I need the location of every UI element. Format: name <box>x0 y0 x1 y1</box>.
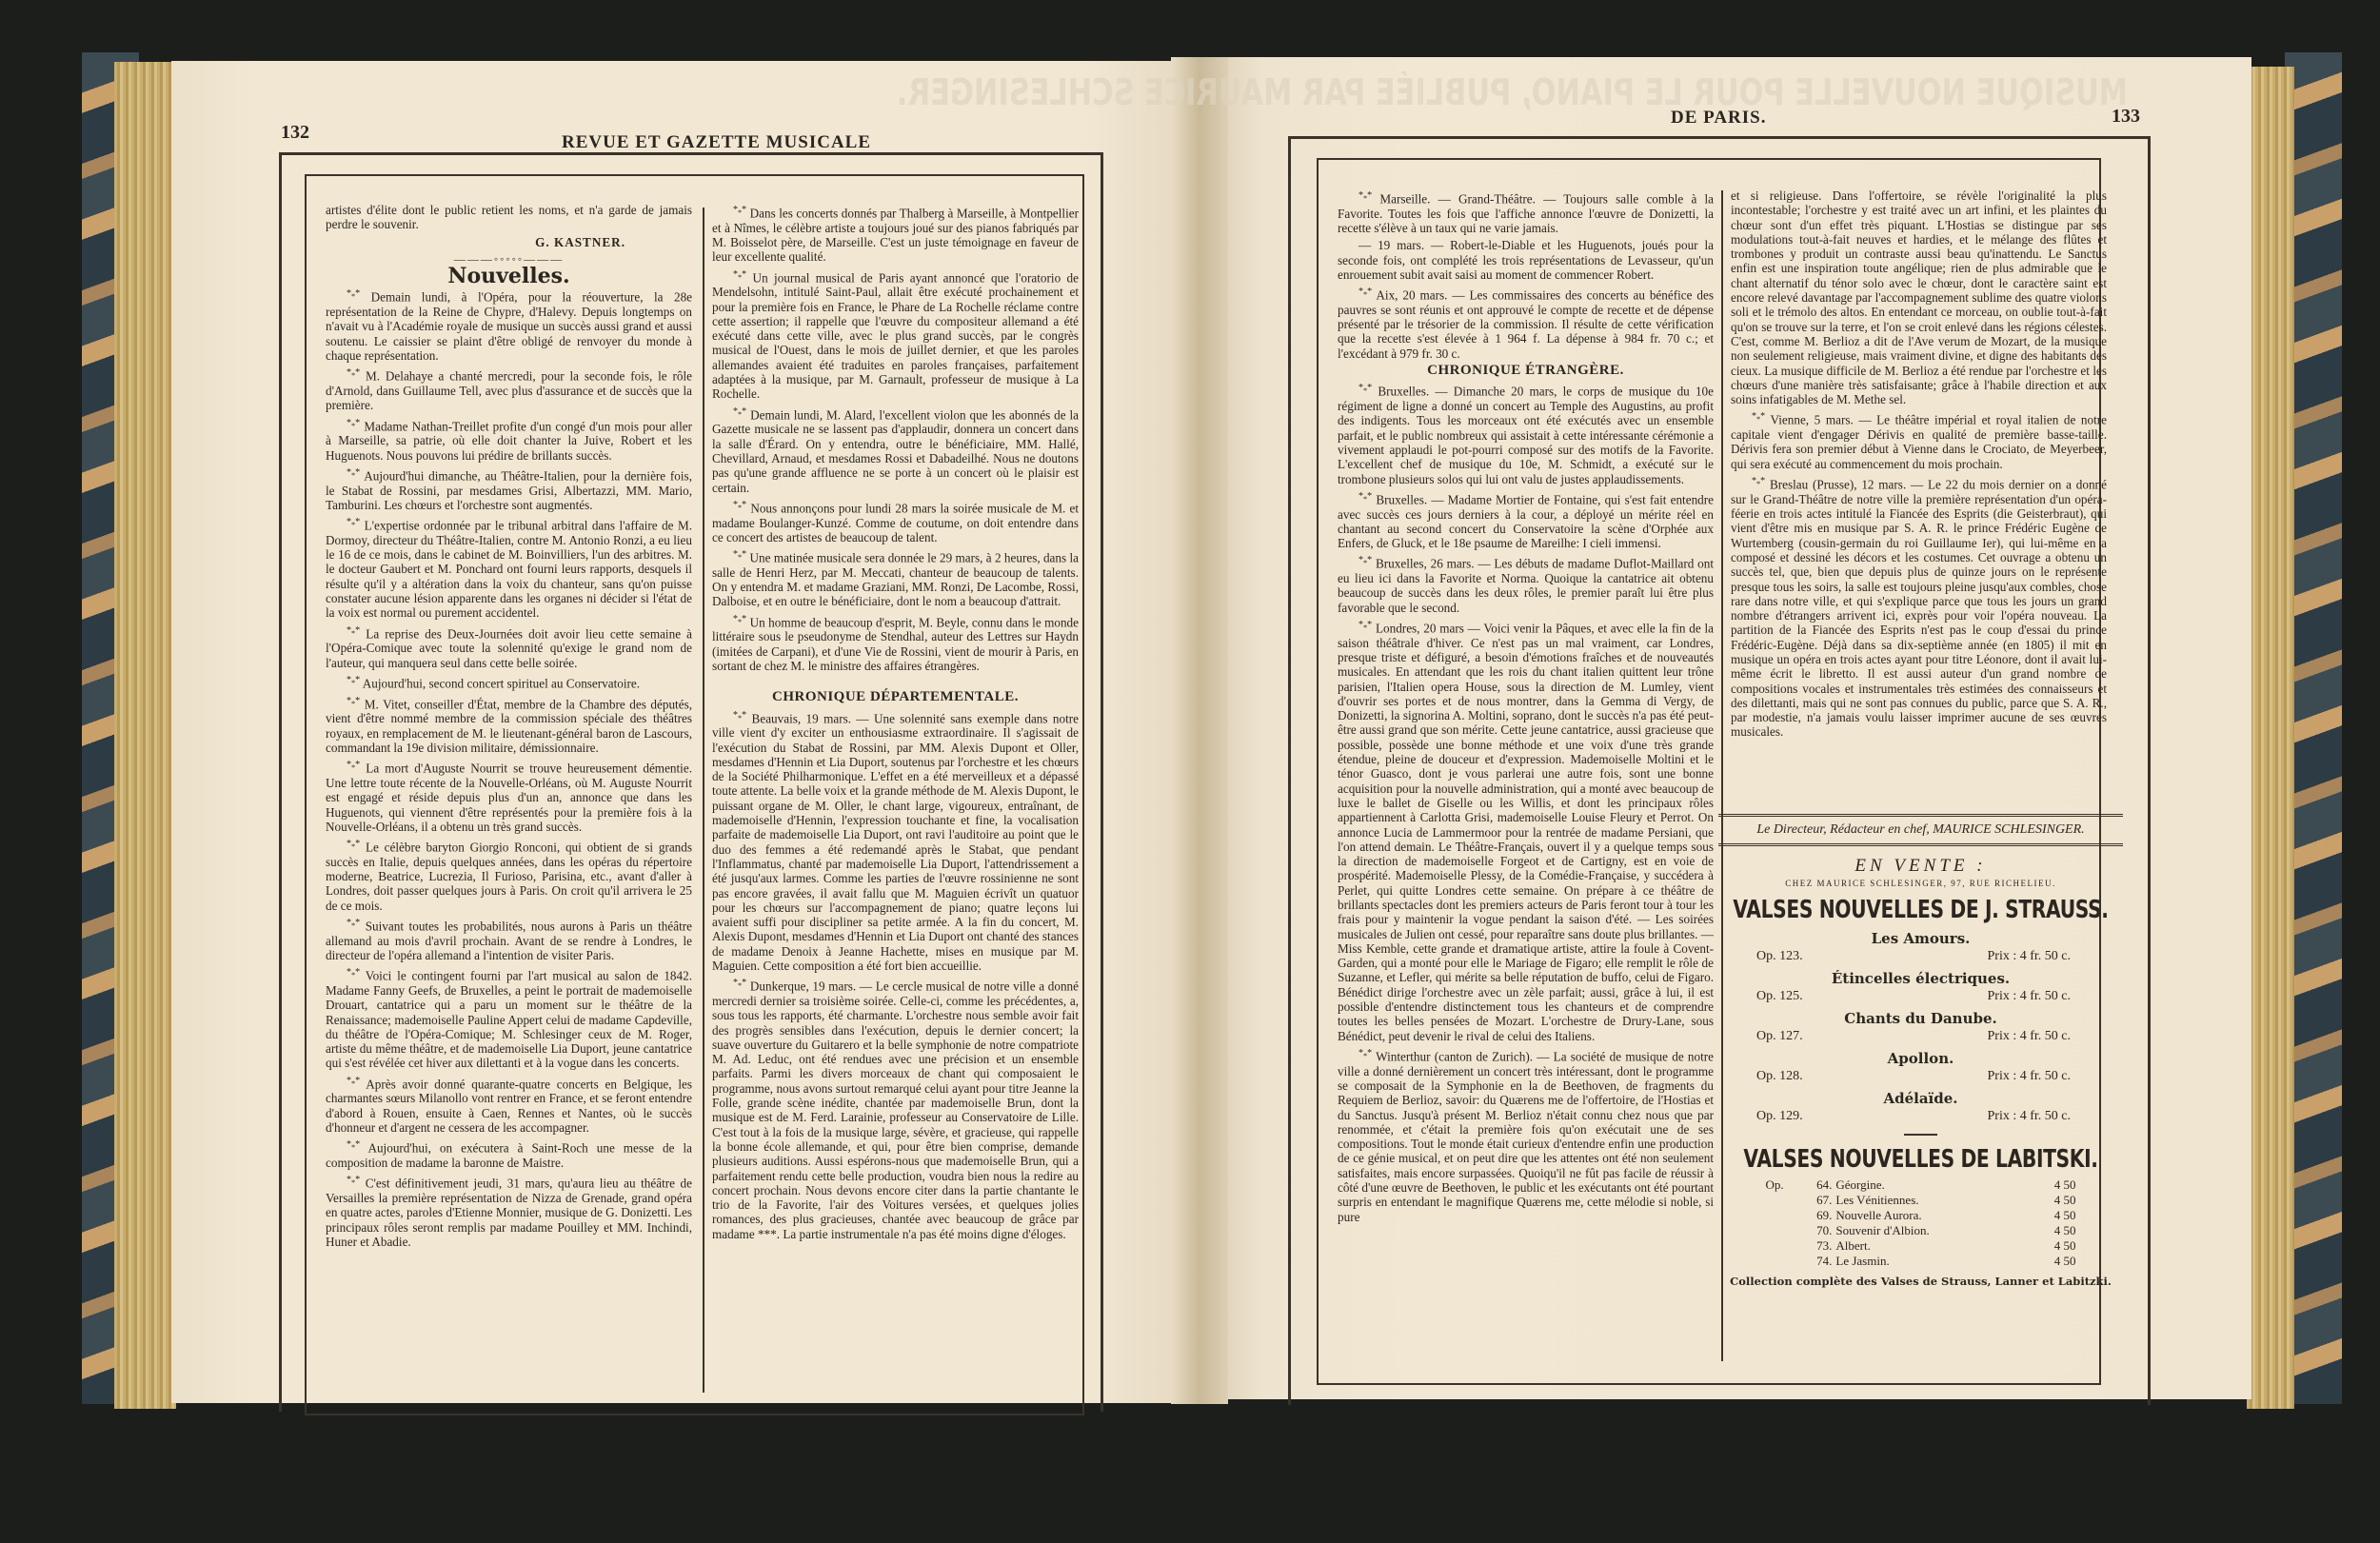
right-column-2: et si religieuse. Dans l'offertoire, se … <box>1731 188 2107 742</box>
news-item: *** Vienne, 5 mars. — Le théâtre impéria… <box>1731 409 2107 471</box>
work-row: Op. 128.Prix : 4 fr. 50 c. <box>1718 1069 2123 1084</box>
news-item: *** Voici le contingent fourni par l'art… <box>326 965 692 1070</box>
collection-note: Collection complète des Valses de Straus… <box>1718 1275 2123 1289</box>
page-edges-right <box>2247 67 2294 1409</box>
strauss-title: VALSES NOUVELLES DE J. STRAUSS. <box>1718 896 2123 924</box>
book-gutter <box>1171 57 1228 1404</box>
news-item: *** Bruxelles. — Dimanche 20 mars, le co… <box>1338 381 1714 485</box>
running-head-right: DE PARIS. <box>1671 108 1767 129</box>
news-item: *** Après avoir donné quarante-quatre co… <box>326 1074 692 1136</box>
news-item: *** Demain lundi, M. Alard, l'excellent … <box>712 405 1079 495</box>
work-title: Les Amours. <box>1718 930 2123 947</box>
news-item: *** Bruxelles, 26 mars. — Les débuts de … <box>1338 553 1714 615</box>
news-item: *** Dans les concerts donnés par Thalber… <box>712 203 1079 265</box>
news-item: *** Dunkerque, 19 mars. — Le cercle musi… <box>712 976 1079 1241</box>
page-number-right: 133 <box>2112 106 2140 128</box>
list-item: 69.Nouvelle Aurora.4 50 <box>1764 1208 2078 1223</box>
news-item: *** Aujourd'hui, second concert spiritue… <box>326 673 692 691</box>
news-item: *** Aujourd'hui, on exécutera à Saint-Ro… <box>326 1137 692 1170</box>
news-item: *** Madame Nathan-Treillet profite d'un … <box>326 416 692 463</box>
running-head-left: REVUE ET GAZETTE MUSICALE <box>562 132 871 153</box>
column-rule-left <box>703 208 704 1393</box>
work-row: Op. 125.Prix : 4 fr. 50 c. <box>1718 989 2123 1004</box>
director-line: Le Directeur, Rédacteur en chef, MAURICE… <box>1718 814 2123 846</box>
news-item: *** Breslau (Prusse), 12 mars. — Le 22 d… <box>1731 474 2107 740</box>
en-vente-heading: EN VENTE : <box>1718 856 2123 877</box>
list-item: Op.64.Géorgine.4 50 <box>1764 1177 2078 1193</box>
news-item: *** L'expertise ordonnée par le tribunal… <box>326 515 692 620</box>
list-item: 67.Les Vénitiennes.4 50 <box>1764 1193 2078 1208</box>
work-row: Op. 123.Prix : 4 fr. 50 c. <box>1718 949 2123 964</box>
news-item: *** La reprise des Deux-Journées doit av… <box>326 623 692 670</box>
news-item: *** Aujourd'hui dimanche, au Théâtre-Ita… <box>326 465 692 512</box>
news-item: *** Bruxelles. — Madame Mortier de Fonta… <box>1338 489 1714 551</box>
news-item: *** Le célèbre baryton Giorgio Ronconi, … <box>326 837 692 913</box>
publisher-address: CHEZ MAURICE SCHLESINGER, 97, RUE RICHEL… <box>1718 879 2123 888</box>
signature: G. KASTNER. <box>326 235 692 249</box>
news-item: *** Londres, 20 mars — Voici venir la Pâ… <box>1338 618 1714 1043</box>
news-item: *** Beauvais, 19 mars. — Une solennité s… <box>712 708 1079 974</box>
left-column-1: artistes d'élite dont le public retient … <box>326 203 692 1252</box>
news-item: *** Marseille. — Grand-Théâtre. — Toujou… <box>1338 188 1714 235</box>
news-item: *** La mort d'Auguste Nourrit se trouve … <box>326 758 692 834</box>
news-item: *** M. Vitet, conseiller d'État, membre … <box>326 694 692 756</box>
news-item: *** Un homme de beaucoup d'esprit, M. Be… <box>712 612 1079 674</box>
list-item: 74.Le Jasmin.4 50 <box>1764 1254 2078 1269</box>
work-row: Op. 129.Prix : 4 fr. 50 c. <box>1718 1109 2123 1124</box>
news-item: *** Aix, 20 mars. — Les commissaires des… <box>1338 285 1714 361</box>
list-item: 73.Albert.4 50 <box>1764 1238 2078 1254</box>
news-item: *** Demain lundi, à l'Opéra, pour la réo… <box>326 287 692 363</box>
labitski-list: Op.64.Géorgine.4 50 67.Les Vénitiennes.4… <box>1764 1177 2078 1269</box>
work-row: Op. 127.Prix : 4 fr. 50 c. <box>1718 1029 2123 1044</box>
news-item: *** Nous annonçons pour lundi 28 mars la… <box>712 498 1079 544</box>
section-title-nouvelles: Nouvelles. <box>326 269 692 284</box>
article-continuation: artistes d'élite dont le public retient … <box>326 203 692 232</box>
news-item: *** Winterthur (canton de Zurich). — La … <box>1338 1046 1714 1224</box>
left-column-2: *** Dans les concerts donnés par Thalber… <box>712 203 1079 1244</box>
advertisement-block: Le Directeur, Rédacteur en chef, MAURICE… <box>1718 814 2123 1289</box>
news-item: *** Un journal musical de Paris ayant an… <box>712 267 1079 402</box>
news-item: *** C'est définitivement jeudi, 31 mars,… <box>326 1173 692 1249</box>
list-item: 70.Souvenir d'Albion.4 50 <box>1764 1223 2078 1238</box>
page-number-left: 132 <box>281 122 309 144</box>
labitski-title: VALSES NOUVELLES DE LABITSKI. <box>1718 1145 2123 1174</box>
section-title-chronique-etrangere: CHRONIQUE ÉTRANGÈRE. <box>1338 364 1714 378</box>
article-continuation: et si religieuse. Dans l'offertoire, se … <box>1731 188 2107 406</box>
page-edges-left <box>114 62 176 1409</box>
news-item: — 19 mars. — Robert-le-Diable et les Hug… <box>1338 238 1714 282</box>
divider <box>1904 1134 1937 1136</box>
news-item: *** Une matinée musicale sera donnée le … <box>712 547 1079 609</box>
work-title: Étincelles électriques. <box>1718 970 2123 987</box>
right-column-1: *** Marseille. — Grand-Théâtre. — Toujou… <box>1338 188 1714 1227</box>
work-title: Apollon. <box>1718 1050 2123 1067</box>
work-title: Adélaïde. <box>1718 1090 2123 1107</box>
section-title-chronique-departementale: CHRONIQUE DÉPARTEMENTALE. <box>712 690 1079 704</box>
news-item: *** Suivant toutes les probabilités, nou… <box>326 916 692 962</box>
work-title: Chants du Danube. <box>1718 1010 2123 1027</box>
news-item: *** M. Delahaye a chanté mercredi, pour … <box>326 366 692 412</box>
